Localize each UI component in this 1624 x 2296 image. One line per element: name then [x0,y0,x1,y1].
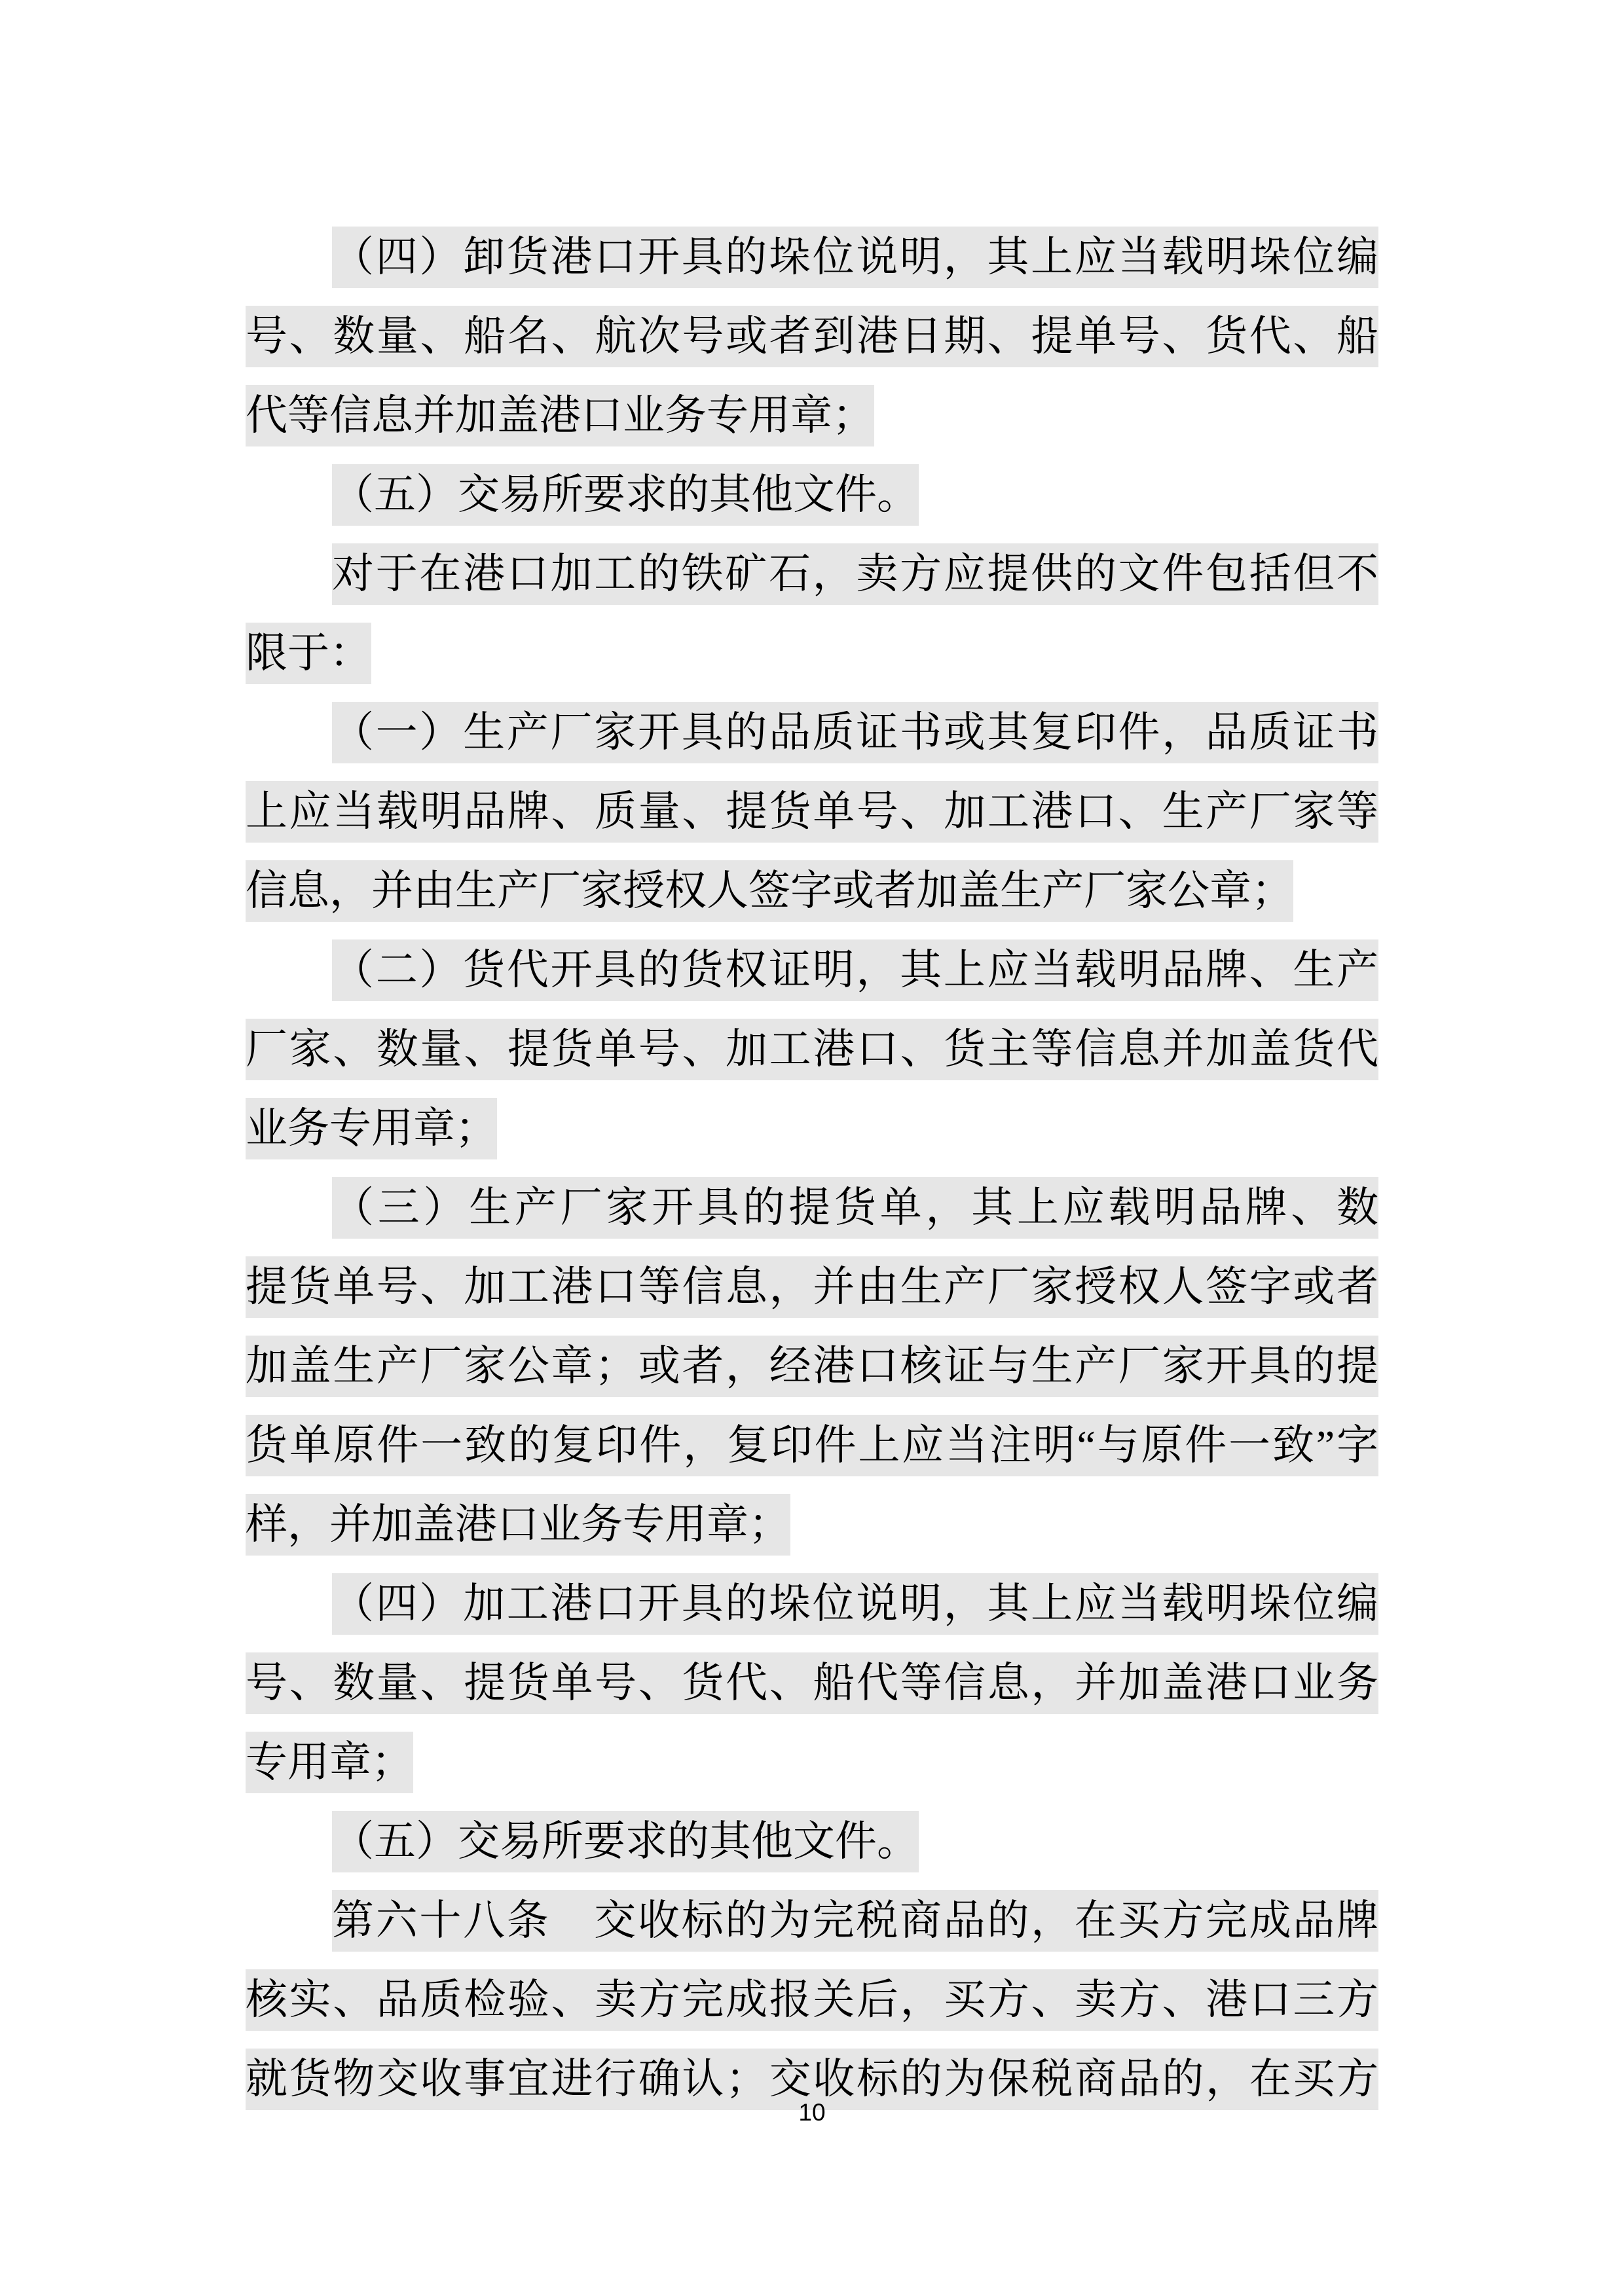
document-body: （四）卸货港口开具的垛位说明，其上应当载明垛位编 号、数量、船名、航次号或者到港… [246,213,1378,2115]
highlighted-text: 加盖生产厂家公章；或者，经港口核证与生产厂家开具的提 [246,1336,1378,1397]
text-line: 核实、品质检验、卖方完成报关后，买方、卖方、港口三方 [246,1956,1378,2035]
highlighted-text: 业务专用章； [246,1098,497,1159]
highlighted-text: 代等信息并加盖港口业务专用章； [246,385,874,446]
text-line: （四）加工港口开具的垛位说明，其上应当载明垛位编 [246,1560,1378,1639]
text-line: 代等信息并加盖港口业务专用章； [246,372,1378,451]
text-line: 厂家、数量、提货单号、加工港口、货主等信息并加盖货代 [246,1006,1378,1085]
text-line: （三）生产厂家开具的提货单，其上应载明品牌、数量、 [246,1164,1378,1243]
highlighted-text: 信息，并由生产厂家授权人签字或者加盖生产厂家公章； [246,860,1293,922]
text-line: 上应当载明品牌、质量、提货单号、加工港口、生产厂家等 [246,768,1378,847]
highlighted-text: 提货单号、加工港口等信息，并由生产厂家授权人签字或者 [246,1256,1378,1318]
text-line: 信息，并由生产厂家授权人签字或者加盖生产厂家公章； [246,847,1378,926]
highlighted-text: 号、数量、船名、航次号或者到港日期、提单号、货代、船 [246,306,1378,367]
highlighted-text: 限于： [246,623,371,684]
text-line: 号、数量、船名、航次号或者到港日期、提单号、货代、船 [246,293,1378,372]
highlighted-text: （四）卸货港口开具的垛位说明，其上应当载明垛位编 [332,227,1378,288]
highlighted-text: 货单原件一致的复印件，复印件上应当注明“与原件一致”字 [246,1415,1378,1476]
highlighted-text: （三）生产厂家开具的提货单，其上应载明品牌、数量、 [332,1177,1378,1239]
highlighted-text: 专用章； [246,1732,413,1793]
text-line: 号、数量、提货单号、货代、船代等信息，并加盖港口业务 [246,1639,1378,1719]
highlighted-text: （四）加工港口开具的垛位说明，其上应当载明垛位编 [332,1573,1378,1635]
text-line: 提货单号、加工港口等信息，并由生产厂家授权人签字或者 [246,1243,1378,1322]
document-page: （四）卸货港口开具的垛位说明，其上应当载明垛位编 号、数量、船名、航次号或者到港… [0,0,1624,2296]
text-line: 样，并加盖港口业务专用章； [246,1481,1378,1560]
text-line: （四）卸货港口开具的垛位说明，其上应当载明垛位编 [246,213,1378,293]
page-number: 10 [0,2098,1624,2127]
highlighted-text: 第六十八条 交收标的为完税商品的，在买方完成品牌 [332,1890,1378,1952]
text-line: 加盖生产厂家公章；或者，经港口核证与生产厂家开具的提 [246,1322,1378,1402]
text-line: （一）生产厂家开具的品质证书或其复印件，品质证书 [246,689,1378,768]
text-line: （五）交易所要求的其他文件。 [246,451,1378,530]
highlighted-text: （一）生产厂家开具的品质证书或其复印件，品质证书 [332,702,1378,763]
highlighted-text: 上应当载明品牌、质量、提货单号、加工港口、生产厂家等 [246,781,1378,843]
text-line: 业务专用章； [246,1085,1378,1164]
text-line: （五）交易所要求的其他文件。 [246,1798,1378,1877]
highlighted-text: 样，并加盖港口业务专用章； [246,1494,790,1556]
highlighted-text: 对于在港口加工的铁矿石，卖方应提供的文件包括但不 [332,543,1378,605]
highlighted-text: 厂家、数量、提货单号、加工港口、货主等信息并加盖货代 [246,1019,1378,1080]
highlighted-text: 核实、品质检验、卖方完成报关后，买方、卖方、港口三方 [246,1969,1378,2031]
text-line: 货单原件一致的复印件，复印件上应当注明“与原件一致”字 [246,1402,1378,1481]
highlighted-text: （五）交易所要求的其他文件。 [332,464,919,526]
highlighted-text: （五）交易所要求的其他文件。 [332,1811,919,1872]
highlighted-text: 号、数量、提货单号、货代、船代等信息，并加盖港口业务 [246,1652,1378,1714]
highlighted-text: （二）货代开具的货权证明，其上应当载明品牌、生产 [332,939,1378,1001]
text-line: （二）货代开具的货权证明，其上应当载明品牌、生产 [246,926,1378,1006]
text-line: 第六十八条 交收标的为完税商品的，在买方完成品牌 [246,1877,1378,1956]
text-line: 专用章； [246,1719,1378,1798]
text-line: 限于： [246,610,1378,689]
text-line: 对于在港口加工的铁矿石，卖方应提供的文件包括但不 [246,530,1378,610]
